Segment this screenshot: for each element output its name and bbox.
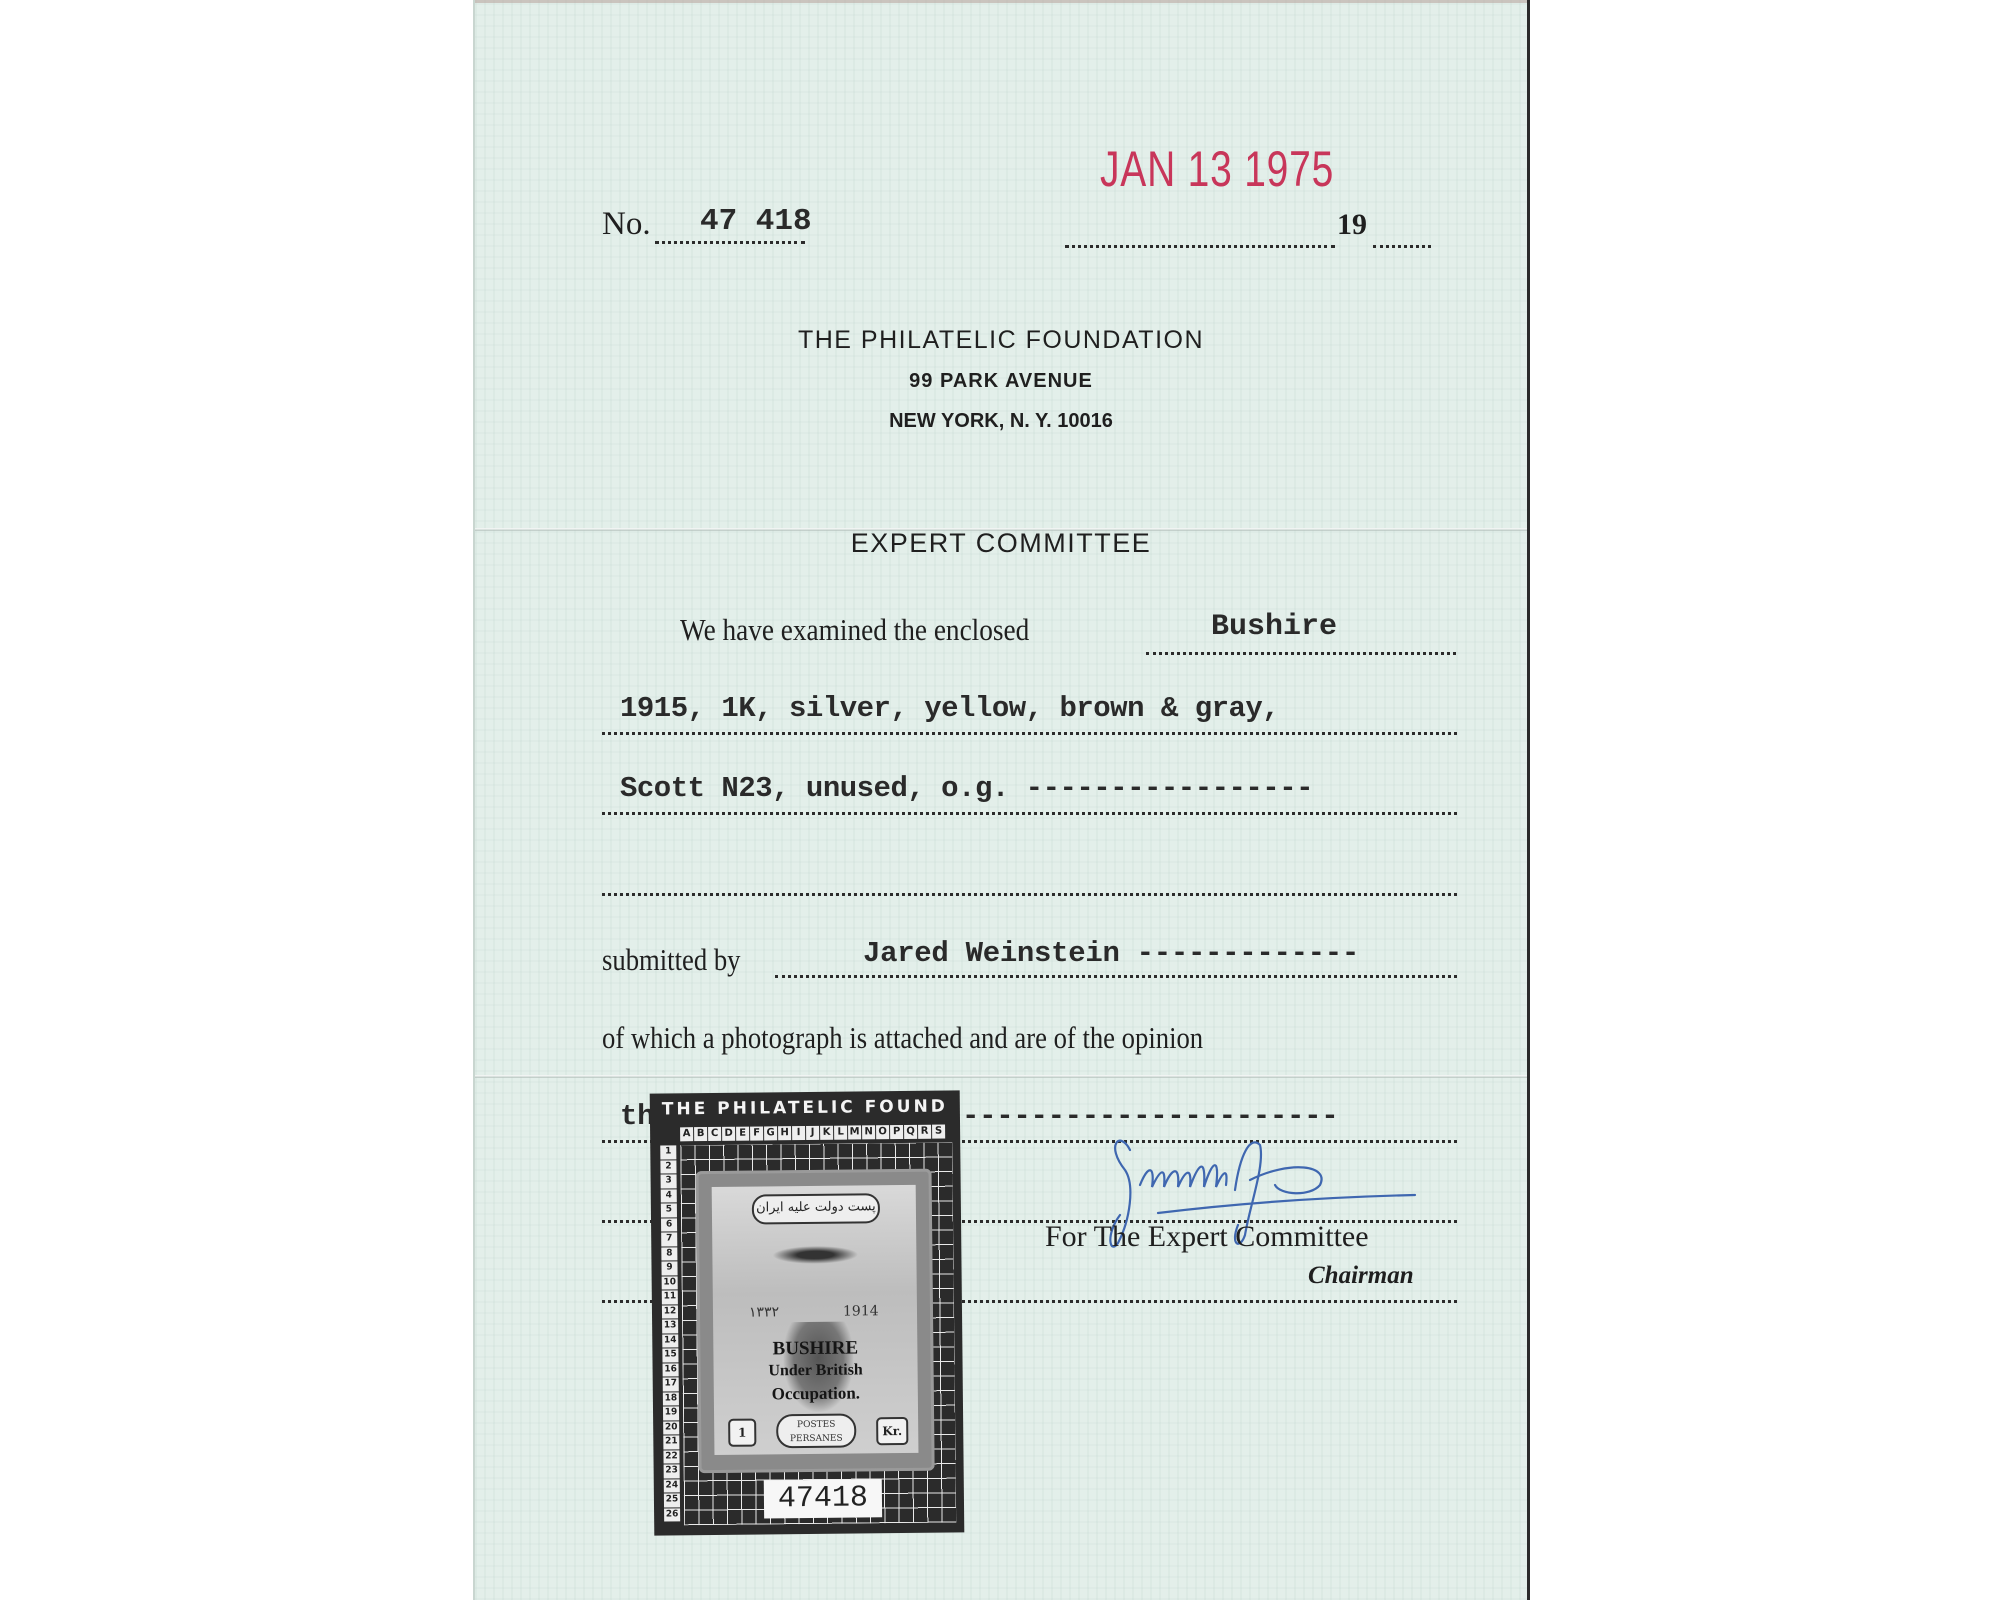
grid-row-number: 16 [663,1363,679,1377]
certificate-paper: No. 47 418 JAN 13 1975 19 THE PHILATELIC… [473,0,1530,1600]
number-dotted-line [655,241,805,244]
grid-column-letter: J [806,1126,819,1140]
grid-column-letter: D [722,1127,735,1141]
paper-top-edge [475,0,1527,3]
grid-row-number: 24 [664,1479,680,1493]
grid-column-letter: F [750,1126,763,1140]
photo-card-certificate-number: 47418 [764,1479,882,1518]
grid-row-number: 1 [660,1145,676,1159]
photo-card-header: THE PHILATELIC FOUND [662,1097,948,1120]
grid-column-letter: P [890,1125,903,1139]
grid-row-number: 11 [662,1290,678,1304]
item-line-4-dots [602,893,1457,896]
grid-column-letter: A [680,1127,693,1141]
grid-row-number: 7 [661,1232,677,1246]
grid-row-number: 26 [664,1508,680,1522]
signature-title: Chairman [1308,1262,1414,1290]
intro-text: We have examined the enclosed [680,612,1029,648]
grid-row-number: 20 [663,1421,679,1435]
address-line-1: 99 PARK AVENUE [475,370,1527,393]
submitted-dots [775,975,1457,978]
grid-column-letter: N [862,1125,875,1139]
certificate-number-value: 47 418 [700,204,812,239]
item-line-3: Scott N23, unused, o.g. ----------------… [620,772,1313,805]
grid-column-letters: ABCDEFGHIJKLMNOPQRS [680,1125,945,1142]
opinion-text: of which a photograph is attached and ar… [602,1020,1203,1056]
grid-row-number: 9 [661,1261,677,1275]
postes-line-1: POSTES [778,1418,854,1433]
signature-caption: For The Expert Committee [1045,1220,1369,1254]
item-line-2-dots [602,732,1457,735]
stamp-value-left: 1 [728,1419,756,1447]
stamp-postes-label: POSTES PERSANES [776,1413,856,1448]
grid-column-letter: C [708,1127,721,1141]
grid-column-letter: G [764,1126,777,1140]
org-name: THE PHILATELIC FOUNDATION [475,326,1527,355]
stamp-photo-card: THE PHILATELIC FOUND ABCDEFGHIJKLMNOPQRS… [650,1090,965,1535]
overprint-line-2: Under British [714,1361,918,1381]
date-dotted-line [1065,245,1335,248]
stamp-year-western: 1914 [843,1303,879,1319]
item-line-1: Bushire [1211,610,1337,644]
grid-column-letter: K [820,1126,833,1140]
grid-row-number: 3 [661,1174,677,1188]
overprint-line-3: Occupation. [714,1383,918,1405]
item-line-3-dots [602,812,1457,815]
grid-row-number: 6 [661,1218,677,1232]
grid-row-number: 17 [663,1377,679,1391]
grid-column-letter: B [694,1127,707,1141]
grid-row-numbers: 1234567891011121314151617181920212223242… [660,1145,680,1521]
grid-row-number: 18 [663,1392,679,1406]
grid-column-letter: O [876,1125,889,1139]
grid-column-letter: S [932,1125,945,1139]
address-line-2: NEW YORK, N. Y. 10016 [475,410,1527,433]
grid-column-letter: M [848,1125,861,1139]
grid-row-number: 12 [662,1305,678,1319]
stamp-year-persian: ١٣٣٢ [749,1304,779,1320]
grid-row-number: 25 [664,1493,680,1507]
submitted-label: submitted by [602,942,740,978]
faravahar-emblem-icon [772,1245,858,1264]
grid-row-number: 2 [660,1160,676,1174]
grid-row-number: 10 [662,1276,678,1290]
certificate-number-label: No. [602,206,651,243]
grid-row-number: 19 [663,1406,679,1420]
grid-row-number: 22 [663,1450,679,1464]
stamp-image: پست دولت علیه ایران ١٣٣٢ 1914 BUSHIRE Un… [696,1169,935,1473]
submitted-value: Jared Weinstein ------------- [863,937,1359,970]
grid-row-number: 21 [663,1435,679,1449]
fold-line-lower [475,1075,1527,1078]
grid-row-number: 13 [662,1319,678,1333]
postes-line-2: PERSANES [778,1432,854,1447]
grid-column-letter: R [918,1125,931,1139]
grid-row-number: 15 [662,1348,678,1362]
date-stamp: JAN 13 1975 [1100,140,1334,198]
item-line-2: 1915, 1K, silver, yellow, brown & gray, [620,692,1279,725]
year-prefix: 19 [1337,208,1367,242]
grid-row-number: 5 [661,1203,677,1217]
grid-row-number: 4 [661,1189,677,1203]
grid-row-number: 14 [662,1334,678,1348]
stamp-persian-banner: پست دولت علیه ایران [752,1193,880,1224]
committee-title: EXPERT COMMITTEE [475,528,1527,559]
item-line-1-dots [1146,652,1456,655]
grid-column-letter: H [778,1126,791,1140]
grid-row-number: 23 [664,1464,680,1478]
grid-column-letter: E [736,1127,749,1141]
grid-column-letter: I [792,1126,805,1140]
overprint-line-1: BUSHIRE [713,1337,917,1361]
stamp-value-right: Kr. [876,1417,908,1445]
year-dotted-line [1373,245,1431,248]
grid-row-number: 8 [661,1247,677,1261]
grid-column-letter: Q [904,1125,917,1139]
grid-column-letter: L [834,1126,847,1140]
